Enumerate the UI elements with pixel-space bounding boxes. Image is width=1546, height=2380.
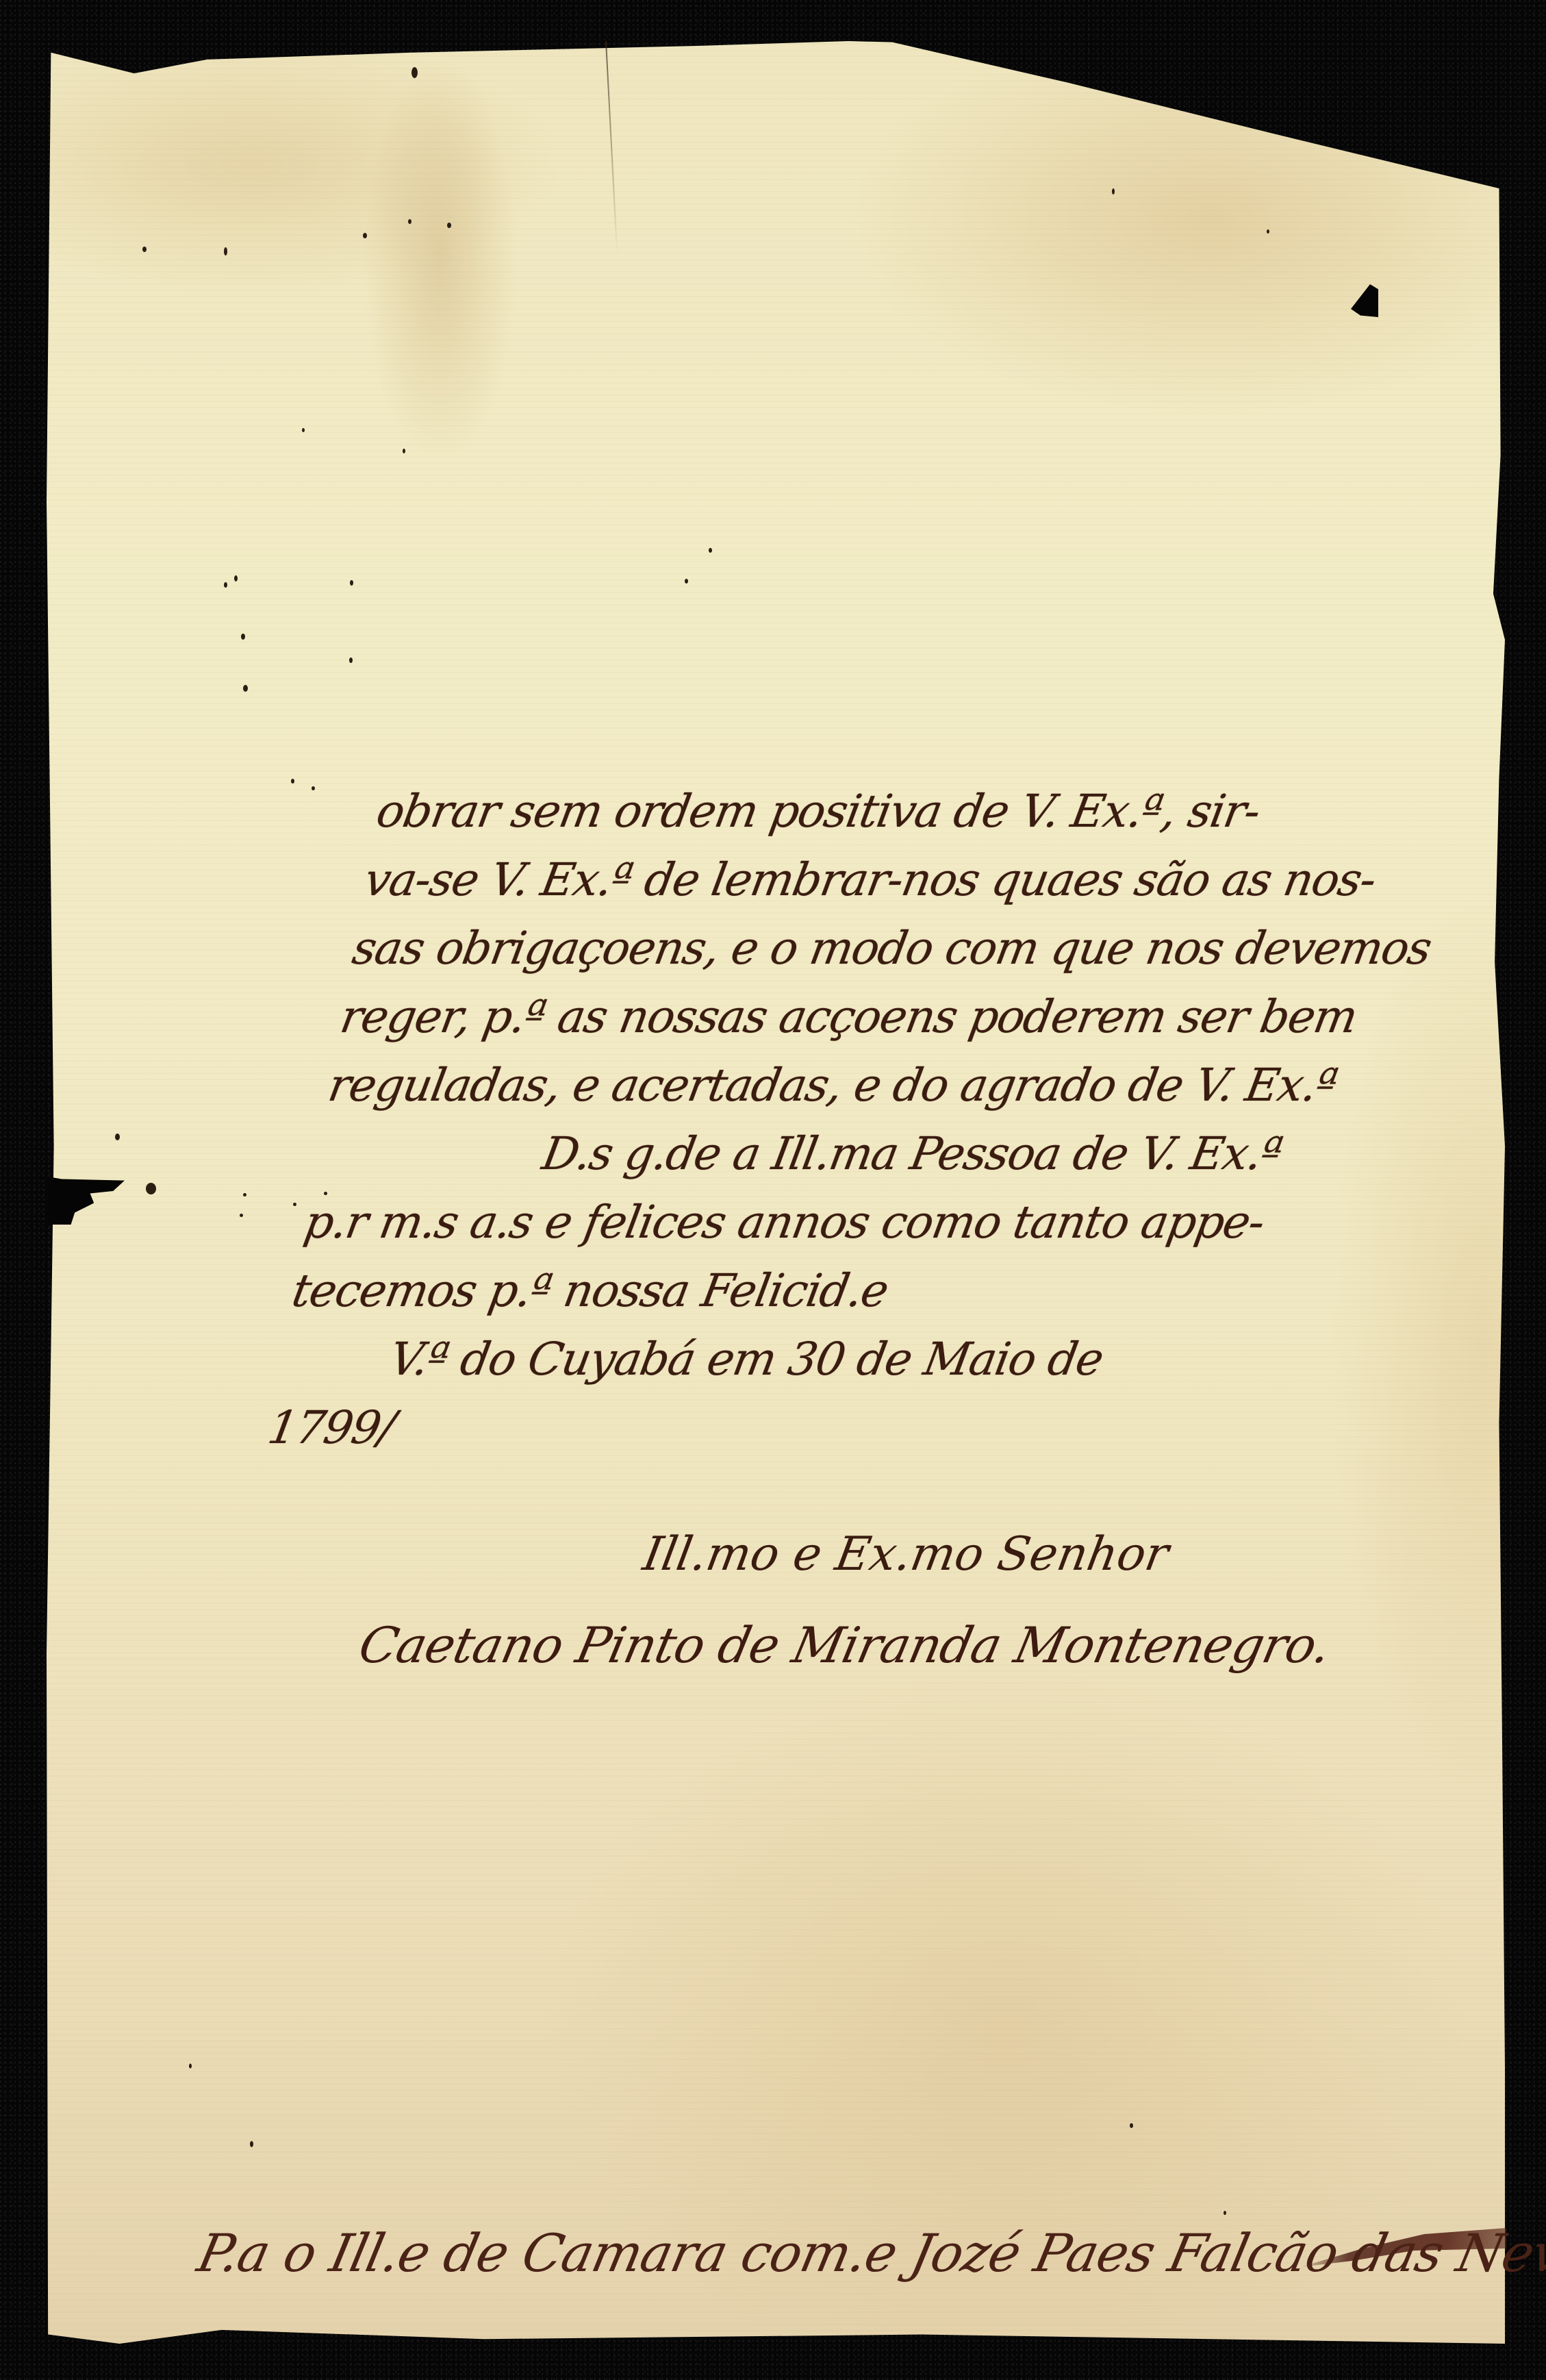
body-line: reguladas, e acertadas, e do agrado de V… xyxy=(323,1051,1445,1120)
foxing-speck xyxy=(1130,2123,1133,2128)
closing-salutation: Ill.mo e Ex.mo Senhor xyxy=(637,1517,1175,1592)
foxing-speck xyxy=(146,1183,156,1194)
foxing-speck xyxy=(224,247,227,255)
foxing-speck xyxy=(411,67,418,78)
foxing-speck xyxy=(243,1193,246,1197)
foxing-speck xyxy=(349,657,353,663)
foxing-speck xyxy=(685,579,688,584)
foxing-speck xyxy=(403,449,405,453)
foxing-speck xyxy=(447,223,451,228)
body-line: reger, p.ª as nossas acçoens poderem ser… xyxy=(335,983,1456,1051)
body-line: p.r m.s a.s e felices annos como tanto a… xyxy=(299,1188,1421,1257)
body-line: va-se V. Ex.ª de lembrar-nos quaes são a… xyxy=(359,846,1481,914)
blessing-line: D.s g.de a Ill.ma Pessoa de V. Ex.ª xyxy=(311,1120,1432,1188)
foxing-speck xyxy=(1224,2211,1226,2215)
foxing-speck xyxy=(1112,188,1115,195)
foxing-speck xyxy=(408,219,411,224)
foxing-speck xyxy=(350,580,353,586)
foxing-speck xyxy=(240,1214,243,1217)
foxing-speck xyxy=(189,2064,192,2068)
foxing-speck xyxy=(142,247,147,252)
foxing-speck xyxy=(291,779,294,784)
addressee-line: P.a o Ill.e de Camara com.e Jozé Paes Fa… xyxy=(192,2222,1546,2283)
body-line: sas obrigaçoens, e o modo com que nos de… xyxy=(347,914,1469,983)
body-line: tecemos p.ª nossa Felicid.e xyxy=(287,1257,1408,1325)
foxing-speck xyxy=(224,582,227,588)
foxing-speck xyxy=(302,428,305,432)
foxing-speck xyxy=(250,2141,253,2147)
foxing-speck xyxy=(363,233,367,238)
foxing-speck xyxy=(312,786,315,790)
salutation-text: Ill.mo e Ex.mo Senhor xyxy=(639,1527,1172,1581)
foxing-speck xyxy=(709,548,712,553)
foxing-speck xyxy=(1267,229,1269,234)
body-line: obrar sem ordem positiva de V. Ex.ª, sir… xyxy=(371,777,1493,846)
date-line: V.ª do Cuyabá em 30 de Maio de xyxy=(275,1325,1396,1394)
year-line: 1799/ xyxy=(263,1394,1384,1462)
foxing-speck xyxy=(115,1133,120,1140)
foxing-speck xyxy=(243,685,248,692)
foxing-speck xyxy=(293,1203,296,1206)
letter-body: obrar sem ordem positiva de V. Ex.ª, sir… xyxy=(263,777,1493,1462)
foxing-speck xyxy=(234,575,238,581)
foxing-speck xyxy=(241,634,245,640)
signature: Caetano Pinto de Miranda Montenegro. xyxy=(354,1616,1335,1674)
